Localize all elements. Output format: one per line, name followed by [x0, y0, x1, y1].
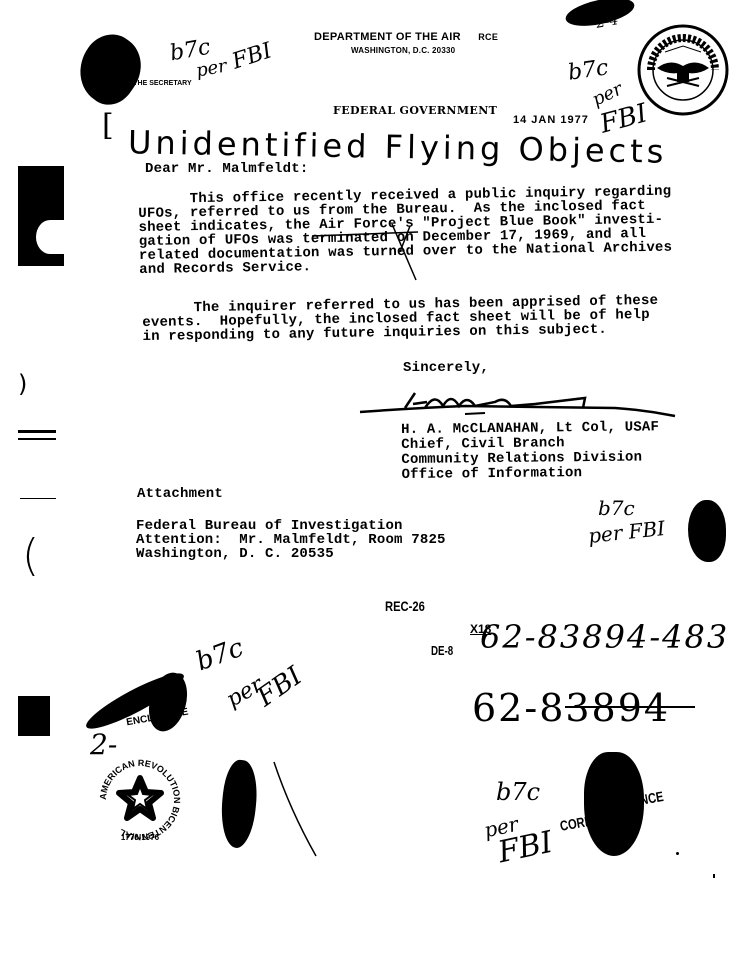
binding-mark [18, 696, 50, 736]
redaction-blot [143, 668, 193, 735]
attachment-label: Attachment [137, 487, 223, 501]
department-name: DEPARTMENT OF THE AIR [314, 31, 461, 43]
routing-stamp: FEDERAL GOVERNMENT [333, 104, 497, 117]
bicentennial-logo-icon: AMERICAN REVOLUTION BICENTENNIAL 1776-19… [92, 752, 188, 848]
binding-mark: ( [22, 530, 39, 581]
signer-office: Office of Information [401, 465, 659, 483]
addressee-line: Washington, D. C. 20535 [136, 547, 446, 561]
addressee-line: Attention: Mr. Malmfeldt, Room 7825 [136, 533, 446, 547]
redaction-blot [688, 500, 726, 562]
department-of-defense-seal-icon [637, 24, 729, 116]
handwritten-page-number: 2-4 [595, 12, 620, 32]
handwritten-fbi: FBI [229, 38, 275, 74]
binding-mark [36, 220, 64, 254]
handwritten-per-fbi: per FBI [587, 516, 666, 548]
addressee-block: Federal Bureau of Investigation Attentio… [136, 519, 446, 561]
handwritten-strike-mark [310, 222, 430, 284]
letter-date: 14 JAN 1977 [513, 114, 589, 126]
binding-mark [18, 438, 56, 440]
binding-mark [20, 498, 56, 499]
speck [713, 874, 715, 878]
signature-icon [355, 388, 685, 418]
letterhead-department: DEPARTMENT OF THE AIR RCE [314, 31, 498, 43]
binding-mark [18, 430, 56, 433]
body-paragraph-2: The inquirer referred to us has been app… [142, 294, 659, 344]
handwritten-b7c: b7c [566, 55, 609, 85]
handwritten-file-number: 62-83894 [472, 686, 670, 730]
handwritten-underline [565, 706, 695, 708]
letterhead-address: WASHINGTON, D.C. 20330 [351, 46, 455, 55]
de-stamp: DE-8 [431, 643, 453, 658]
handwritten-b7c: b7c [192, 633, 247, 678]
handwritten-bracket: [ [102, 108, 114, 143]
rec-stamp: REC-26 [385, 598, 425, 614]
addressee-line: Federal Bureau of Investigation [136, 519, 446, 533]
signature-block: H. A. McCLANAHAN, Lt Col, USAF Chief, Ci… [401, 420, 660, 483]
handwritten-file-number: 62-83894-483 [480, 618, 729, 656]
redaction-blot [217, 758, 260, 849]
redaction-blot [66, 24, 154, 114]
svg-text:1776-1976: 1776-1976 [121, 833, 160, 842]
binding-mark: ) [18, 370, 27, 398]
handwritten-b7c: b7c [496, 778, 540, 806]
department-suffix: RCE [478, 32, 498, 42]
handwritten-b7c: b7c [598, 496, 635, 520]
handwritten-fbi: FBI [252, 661, 308, 713]
redaction-blot [584, 752, 644, 856]
speck [676, 852, 679, 855]
closing: Sincerely, [403, 361, 489, 375]
handwritten-per: per [194, 55, 228, 81]
handwritten-line [270, 760, 320, 860]
salutation: Dear Mr. Malmfeldt: [145, 162, 308, 176]
